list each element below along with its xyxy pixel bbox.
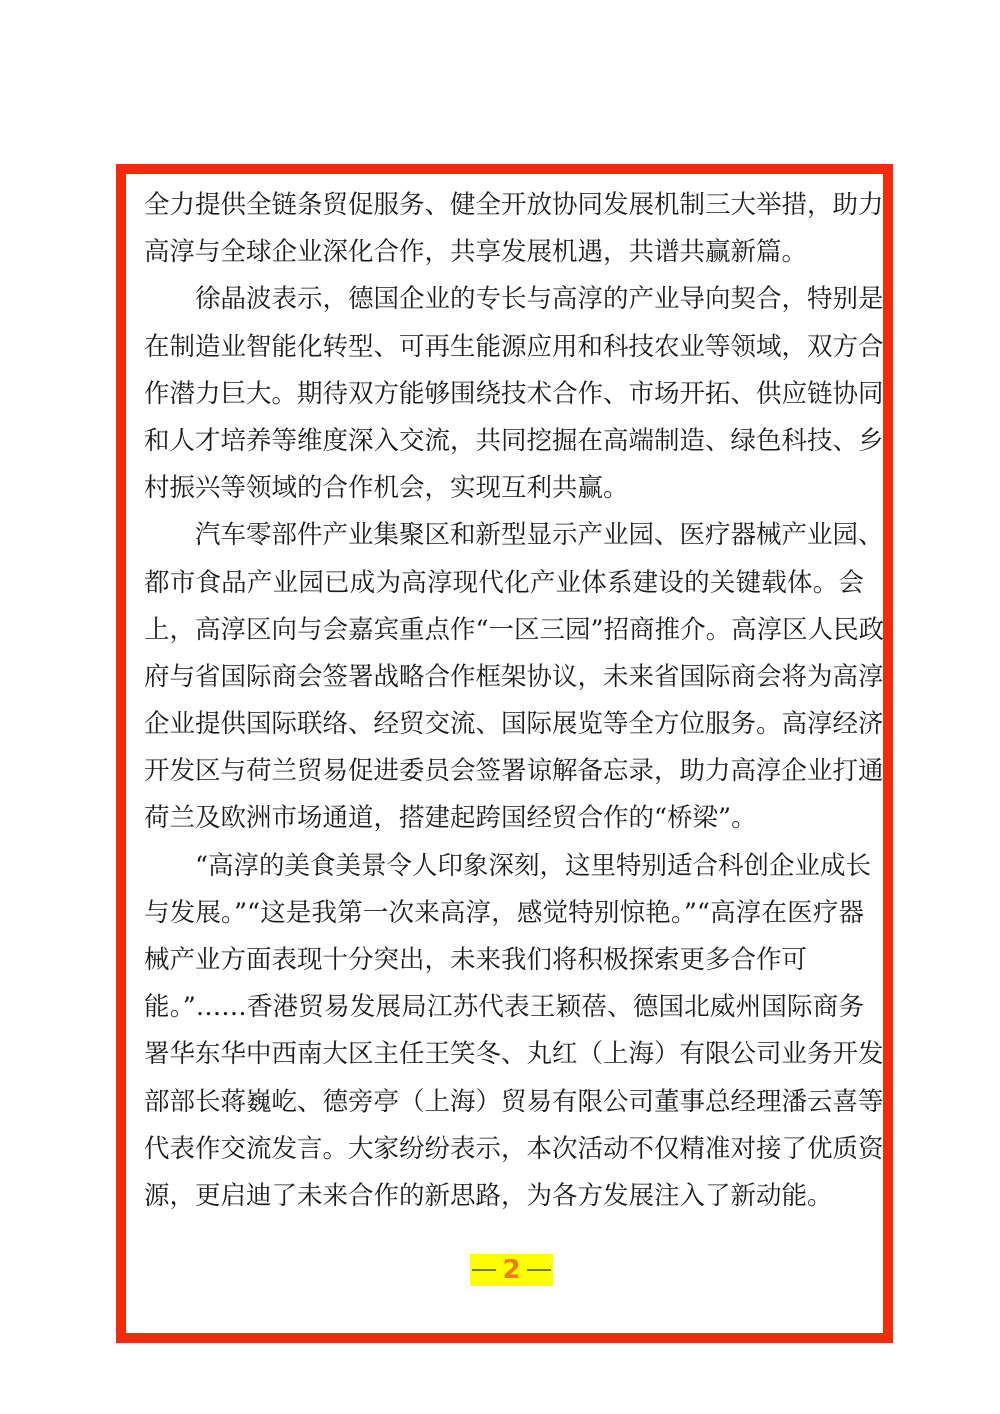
text-line: 全力提供全链条贸促服务、健全开放协同发展机制三大举措，助力 bbox=[144, 182, 864, 229]
page-number-badge: 2 bbox=[470, 1254, 553, 1286]
article-body: 全力提供全链条贸促服务、健全开放协同发展机制三大举措，助力 高淳与全球企业深化合… bbox=[144, 182, 864, 1220]
text-line: 作潜力巨大。期待双方能够围绕技术合作、市场开拓、供应链协同 bbox=[144, 371, 864, 418]
page-number: 2 bbox=[496, 1254, 526, 1286]
text-line: 械产业方面表现十分突出，未来我们将积极探索更多合作可 bbox=[144, 937, 864, 984]
text-line: 和人才培养等维度深入交流，共同挖掘在高端制造、绿色科技、乡 bbox=[144, 418, 864, 465]
text-line: 高淳与全球企业深化合作，共享发展机遇，共谱共赢新篇。 bbox=[144, 229, 864, 276]
text-line: 汽车零部件产业集聚区和新型显示产业园、医疗器械产业园、 bbox=[144, 512, 864, 559]
text-line: 都市食品产业园已成为高淳现代化产业体系建设的关键载体。会 bbox=[144, 560, 864, 607]
dash-left bbox=[472, 1269, 496, 1271]
text-line: 部部长蒋巍屹、德旁亭（上海）贸易有限公司董事总经理潘云喜等 bbox=[144, 1079, 864, 1126]
dash-right bbox=[527, 1269, 551, 1271]
text-line: 源，更启迪了未来合作的新思路，为各方发展注入了新动能。 bbox=[144, 1173, 864, 1220]
text-line: 在制造业智能化转型、可再生能源应用和科技农业等领域，双方合 bbox=[144, 324, 864, 371]
text-line: “高淳的美食美景令人印象深刻，这里特别适合科创企业成长 bbox=[144, 843, 864, 890]
text-line: 村振兴等领域的合作机会，实现互利共赢。 bbox=[144, 465, 864, 512]
text-line: 上，高淳区向与会嘉宾重点作“一区三园”招商推介。高淳区人民政 bbox=[144, 607, 864, 654]
text-line: 署华东华中西南大区主任王笑冬、丸红（上海）有限公司业务开发 bbox=[144, 1031, 864, 1078]
text-line: 徐晶波表示，德国企业的专长与高淳的产业导向契合，特别是 bbox=[144, 276, 864, 323]
text-line: 企业提供国际联络、经贸交流、国际展览等全方位服务。高淳经济 bbox=[144, 701, 864, 748]
text-line: 代表作交流发言。大家纷纷表示，本次活动不仅精准对接了优质资 bbox=[144, 1126, 864, 1173]
text-line: 与发展。”“这是我第一次来高淳，感觉特别惊艳。”“高淳在医疗器 bbox=[144, 890, 864, 937]
text-line: 能。”……香港贸易发展局江苏代表王颖蓓、德国北威州国际商务 bbox=[144, 984, 864, 1031]
text-line: 府与省国际商会签署战略合作框架协议，未来省国际商会将为高淳 bbox=[144, 654, 864, 701]
text-line: 荷兰及欧洲市场通道，搭建起跨国经贸合作的“桥梁”。 bbox=[144, 795, 864, 842]
text-line: 开发区与荷兰贸易促进委员会签署谅解备忘录，助力高淳企业打通 bbox=[144, 748, 864, 795]
red-border-frame: 全力提供全链条贸促服务、健全开放协同发展机制三大举措，助力 高淳与全球企业深化合… bbox=[116, 164, 893, 1343]
